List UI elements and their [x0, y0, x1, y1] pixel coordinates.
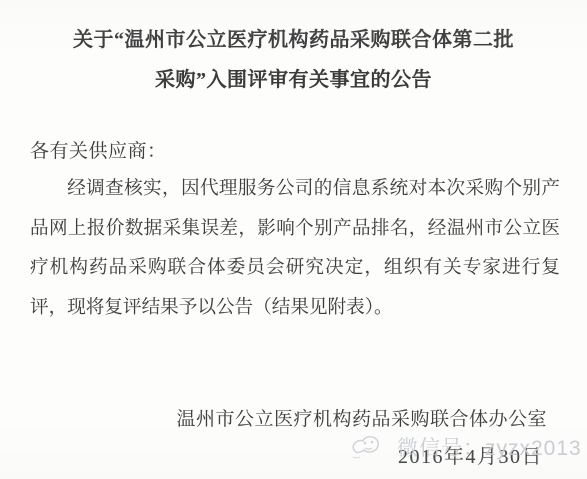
salutation: 各有关供应商： — [30, 136, 167, 163]
issue-date: 2016年4月30日 — [398, 440, 543, 469]
body-line-3: 疗机构药品采购联合体委员会研究决定，组织有关专家进行复 — [30, 248, 560, 288]
scanned-notice-page: 关于“温州市公立医疗机构药品采购联合体第二批 采购”入围评审有关事宜的公告 各有… — [0, 0, 587, 479]
document-title: 关于“温州市公立医疗机构药品采购联合体第二批 采购”入围评审有关事宜的公告 — [0, 20, 587, 100]
body-line-1: 经调查核实，因代理服务公司的信息系统对本次采购个别产 — [30, 169, 560, 209]
watermark-cartoon-face-icon — [350, 430, 394, 468]
body-line-2: 品网上报价数据采集误差，影响个别产品排名，经温州市公立医 — [30, 209, 560, 249]
body-line-4: 评，现将复评结果予以公告（结果见附表）。 — [30, 288, 560, 328]
title-line-2: 采购”入围评审有关事宜的公告 — [0, 60, 587, 100]
title-line-1: 关于“温州市公立医疗机构药品采购联合体第二批 — [0, 20, 587, 60]
body-paragraph: 经调查核实，因代理服务公司的信息系统对本次采购个别产 品网上报价数据采集误差，影… — [30, 169, 560, 327]
issuer-signature: 温州市公立医疗机构药品采购联合体办公室 — [176, 404, 547, 431]
